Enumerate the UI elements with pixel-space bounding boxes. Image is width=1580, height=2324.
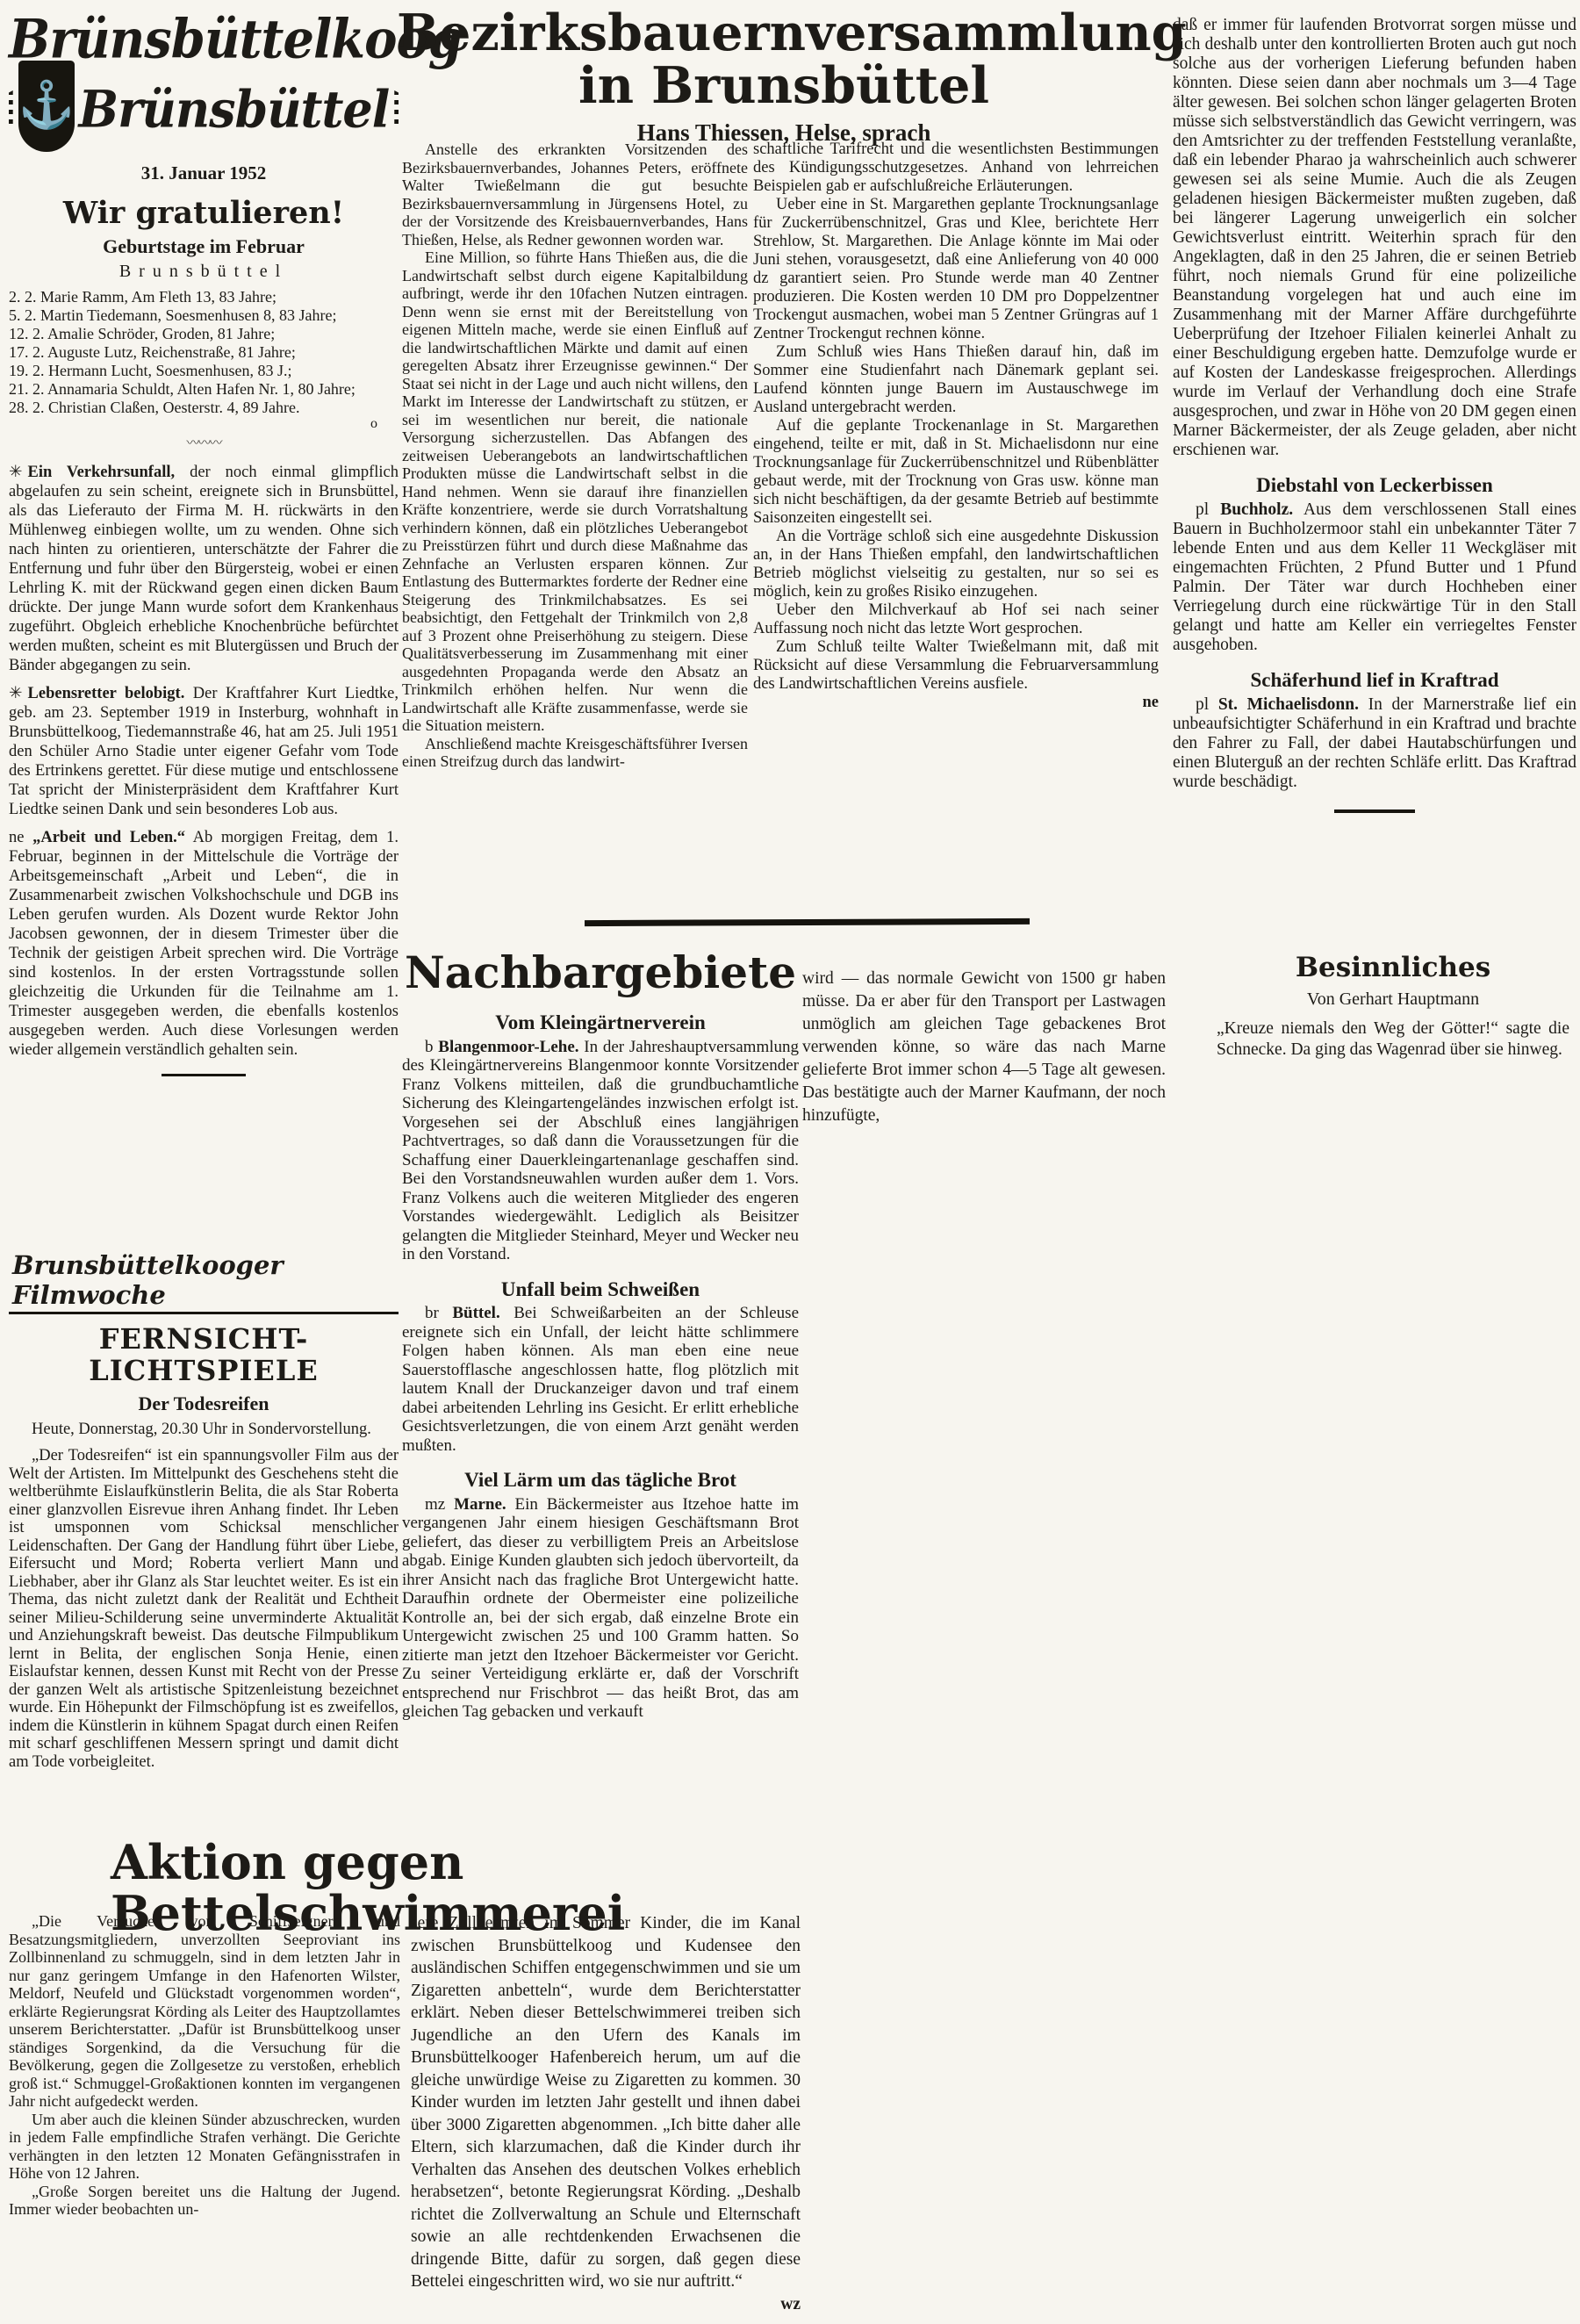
anchor-crest-icon: ⚓ xyxy=(18,61,75,152)
section-rule xyxy=(1334,809,1415,813)
article-body: Ab morgigen Freitag, dem 1. Februar, beg… xyxy=(9,829,399,1059)
paragraph: „Die Versuche von Schiffseignern und Bes… xyxy=(9,1912,400,2111)
headline-line2: in Brunsbüttel xyxy=(397,60,1171,112)
masthead-title-line2: Brünsbüttel xyxy=(78,98,389,119)
paragraph: „Große Sorgen bereitet uns die Haltung d… xyxy=(9,2183,400,2219)
paragraph: Zum Schluß teilte Walter Twießelmann mit… xyxy=(753,638,1159,694)
section-rule xyxy=(162,1074,246,1076)
star-icon: ✳ xyxy=(9,684,23,703)
nachbargebiete-column-1: Nachbargebiete Vom Kleingärtnerverein b … xyxy=(402,948,799,1722)
article-body: In der Jahreshauptversammlung des Kleing… xyxy=(402,1038,799,1264)
correspondent-sig: mz xyxy=(425,1495,445,1514)
besinnliches-headline: Besinnliches xyxy=(1217,952,1569,983)
paragraph: schaftliche Tarifrecht und die wesentlic… xyxy=(753,140,1159,196)
brot-headline: Viel Lärm um das tägliche Brot xyxy=(402,1471,799,1490)
gratulieren-subtitle: Geburtstage im Februar xyxy=(9,237,399,256)
article-lead: Ein Verkehrsunfall, xyxy=(28,464,176,481)
list-item: 5. 2. Martin Tiedemann, Soesmenhusen 8, … xyxy=(9,306,399,325)
kleingarten-headline: Vom Kleingärtnerverein xyxy=(402,1013,799,1032)
article-body: Ein Bäckermeister aus Itzehoe hatte im v… xyxy=(402,1495,799,1722)
gratulieren-place: Brunsbüttel xyxy=(9,262,399,281)
film-week-title: Brunsbüttelkooger Filmwoche xyxy=(9,1250,399,1314)
newspaper-page: Brünsbüttelkoog ⚓ Brünsbüttel 31. Januar… xyxy=(0,0,1580,2324)
dateline-ort: Büttel. xyxy=(452,1304,499,1322)
brot-continuation-2: wird — das normale Gewicht von 1500 gr h… xyxy=(802,968,1166,1127)
issue-date: 31. Januar 1952 xyxy=(9,163,399,183)
speedlines-left-icon xyxy=(9,90,13,127)
dateline-ort: St. Michaelisdonn. xyxy=(1218,695,1359,714)
squiggle-divider-icon: 〰〰〰 xyxy=(9,436,399,450)
article-verkehrsunfall: ✳Ein Verkehrsunfall, der noch einmal gli… xyxy=(9,463,399,675)
diebstahl-headline: Diebstahl von Leckerbissen xyxy=(1173,476,1576,495)
gratulieren-title: Wir gratulieren! xyxy=(9,197,399,230)
paragraph: Ueber eine in St. Margarethen geplante T… xyxy=(753,196,1159,343)
aktion-column-1: „Die Versuche von Schiffseignern und Bes… xyxy=(9,1912,400,2219)
brot-continuation: daß er immer für laufenden Brotvorrat so… xyxy=(1173,16,1576,460)
masthead-title-line1: Brünsbüttelkoog xyxy=(9,11,399,69)
dateline-ort: Buchholz. xyxy=(1220,500,1293,519)
paragraph: Eine Million, so führte Hans Thießen aus… xyxy=(402,248,748,735)
left-column: Brünsbüttelkoog ⚓ Brünsbüttel 31. Januar… xyxy=(9,12,399,1076)
paragraph: Auf die geplante Trockenanlage in St. Ma… xyxy=(753,417,1159,528)
heavy-rule xyxy=(585,918,1030,926)
besinnliches-byline: Von Gerhart Hauptmann xyxy=(1217,989,1569,1010)
list-item: 17. 2. Auguste Lutz, Reichenstraße, 81 J… xyxy=(9,343,399,362)
list-item: 28. 2. Christian Claßen, Oesterstr. 4, 8… xyxy=(9,399,399,417)
correspondent-sig: ne xyxy=(9,829,24,846)
correspondent-sig: pl xyxy=(1196,500,1209,519)
correspondent-sig: b xyxy=(425,1038,434,1056)
birthday-list: 2. 2. Marie Ramm, Am Fleth 13, 83 Jahre;… xyxy=(9,288,399,417)
article-column-2: schaftliche Tarifrecht und die wesentlic… xyxy=(753,140,1159,712)
correspondent-sig: ne xyxy=(753,694,1159,712)
article-schaeferhund: pl St. Michaelisdonn. In der Marnerstraß… xyxy=(1173,695,1576,792)
masthead-row: ⚓ Brünsbüttel xyxy=(9,67,399,151)
headline-line1: Bezirksbauernversammlung xyxy=(397,7,1171,60)
cinema-name: FERNSICHT-LICHTSPIELE xyxy=(9,1323,399,1386)
paragraph: Um aber auch die kleinen Sünder abzuschr… xyxy=(9,2111,400,2183)
dateline-ort: Blangenmoor-Lehe. xyxy=(438,1038,578,1056)
paragraph: Zum Schluß wies Hans Thießen darauf hin,… xyxy=(753,343,1159,417)
paragraph: Ueber den Milchverkauf ab Hof sei nach s… xyxy=(753,601,1159,638)
main-headline: Bezirksbauernversammlung in Brunsbüttel … xyxy=(397,7,1171,147)
list-item: 2. 2. Marie Ramm, Am Fleth 13, 83 Jahre; xyxy=(9,288,399,306)
correspondent-sig: wz xyxy=(411,2293,801,2316)
article-body: Der Kraftfahrer Kurt Liedtke, geb. am 23… xyxy=(9,685,399,818)
article-lebensretter: ✳Lebensretter belobigt. Der Kraftfahrer … xyxy=(9,684,399,819)
article-arbeit-und-leben: ne „Arbeit und Leben.“ Ab morgigen Freit… xyxy=(9,828,399,1060)
paragraph: Anschließend machte Kreisgeschäftsführer… xyxy=(402,735,748,771)
article-diebstahl: pl Buchholz. Aus dem verschlossenen Stal… xyxy=(1173,500,1576,655)
print-mark: o xyxy=(9,417,399,431)
list-item: 21. 2. Annamaria Schuldt, Alten Hafen Nr… xyxy=(9,380,399,399)
nachbargebiete-headline: Nachbargebiete xyxy=(402,948,799,997)
article-brot: mz Marne. Ein Bäckermeister aus Itzehoe … xyxy=(402,1495,799,1722)
besinnliches-section: Besinnliches Von Gerhart Hauptmann „Kreu… xyxy=(1217,952,1569,1061)
showtime: Heute, Donnerstag, 20.30 Uhr in Sondervo… xyxy=(9,1421,399,1439)
article-body: der noch einmal glimpflich abgelaufen zu… xyxy=(9,464,399,674)
paragraph: An die Vorträge schloß sich eine ausgede… xyxy=(753,528,1159,601)
article-lead: Lebensretter belobigt. xyxy=(28,685,185,702)
right-column: daß er immer für laufenden Brotvorrat so… xyxy=(1173,16,1576,813)
schaeferhund-headline: Schäferhund lief in Kraftrad xyxy=(1173,671,1576,690)
list-item: 19. 2. Hermann Lucht, Soesmenhusen, 83 J… xyxy=(9,362,399,380)
paragraph: sere Zollbeamten im Sommer Kinder, die i… xyxy=(411,1912,801,2293)
film-title: Der Todesreifen xyxy=(9,1395,399,1414)
article-kleingarten: b Blangenmoor-Lehe. In der Jahreshauptve… xyxy=(402,1038,799,1264)
article-schweissen: br Büttel. Bei Schweißarbeiten an der Sc… xyxy=(402,1304,799,1455)
cinema-section: Brunsbüttelkooger Filmwoche FERNSICHT-LI… xyxy=(9,1250,399,1771)
aktion-column-2: sere Zollbeamten im Sommer Kinder, die i… xyxy=(411,1912,801,2315)
correspondent-sig: br xyxy=(425,1304,439,1322)
film-review: „Der Todesreifen“ ist ein spannungsvolle… xyxy=(9,1447,399,1771)
paragraph: Anstelle des erkrankten Vorsitzenden des… xyxy=(402,140,748,248)
list-item: 12. 2. Amalie Schröder, Groden, 81 Jahre… xyxy=(9,325,399,343)
article-column-1: Anstelle des erkrankten Vorsitzenden des… xyxy=(402,140,748,771)
article-body: Aus dem verschlossenen Stall eines Bauer… xyxy=(1173,500,1576,654)
dateline-ort: Marne. xyxy=(454,1495,506,1514)
schweissen-headline: Unfall beim Schweißen xyxy=(402,1280,799,1299)
article-body: Bei Schweißarbeiten an der Schleuse erei… xyxy=(402,1304,799,1455)
article-lead: „Arbeit und Leben.“ xyxy=(32,829,185,846)
nachbargebiete-column-2: wird — das normale Gewicht von 1500 gr h… xyxy=(802,968,1166,1127)
star-icon: ✳ xyxy=(9,463,23,482)
besinnliches-body: „Kreuze niemals den Weg der Götter!“ sag… xyxy=(1217,1018,1569,1061)
correspondent-sig: pl xyxy=(1196,695,1209,714)
